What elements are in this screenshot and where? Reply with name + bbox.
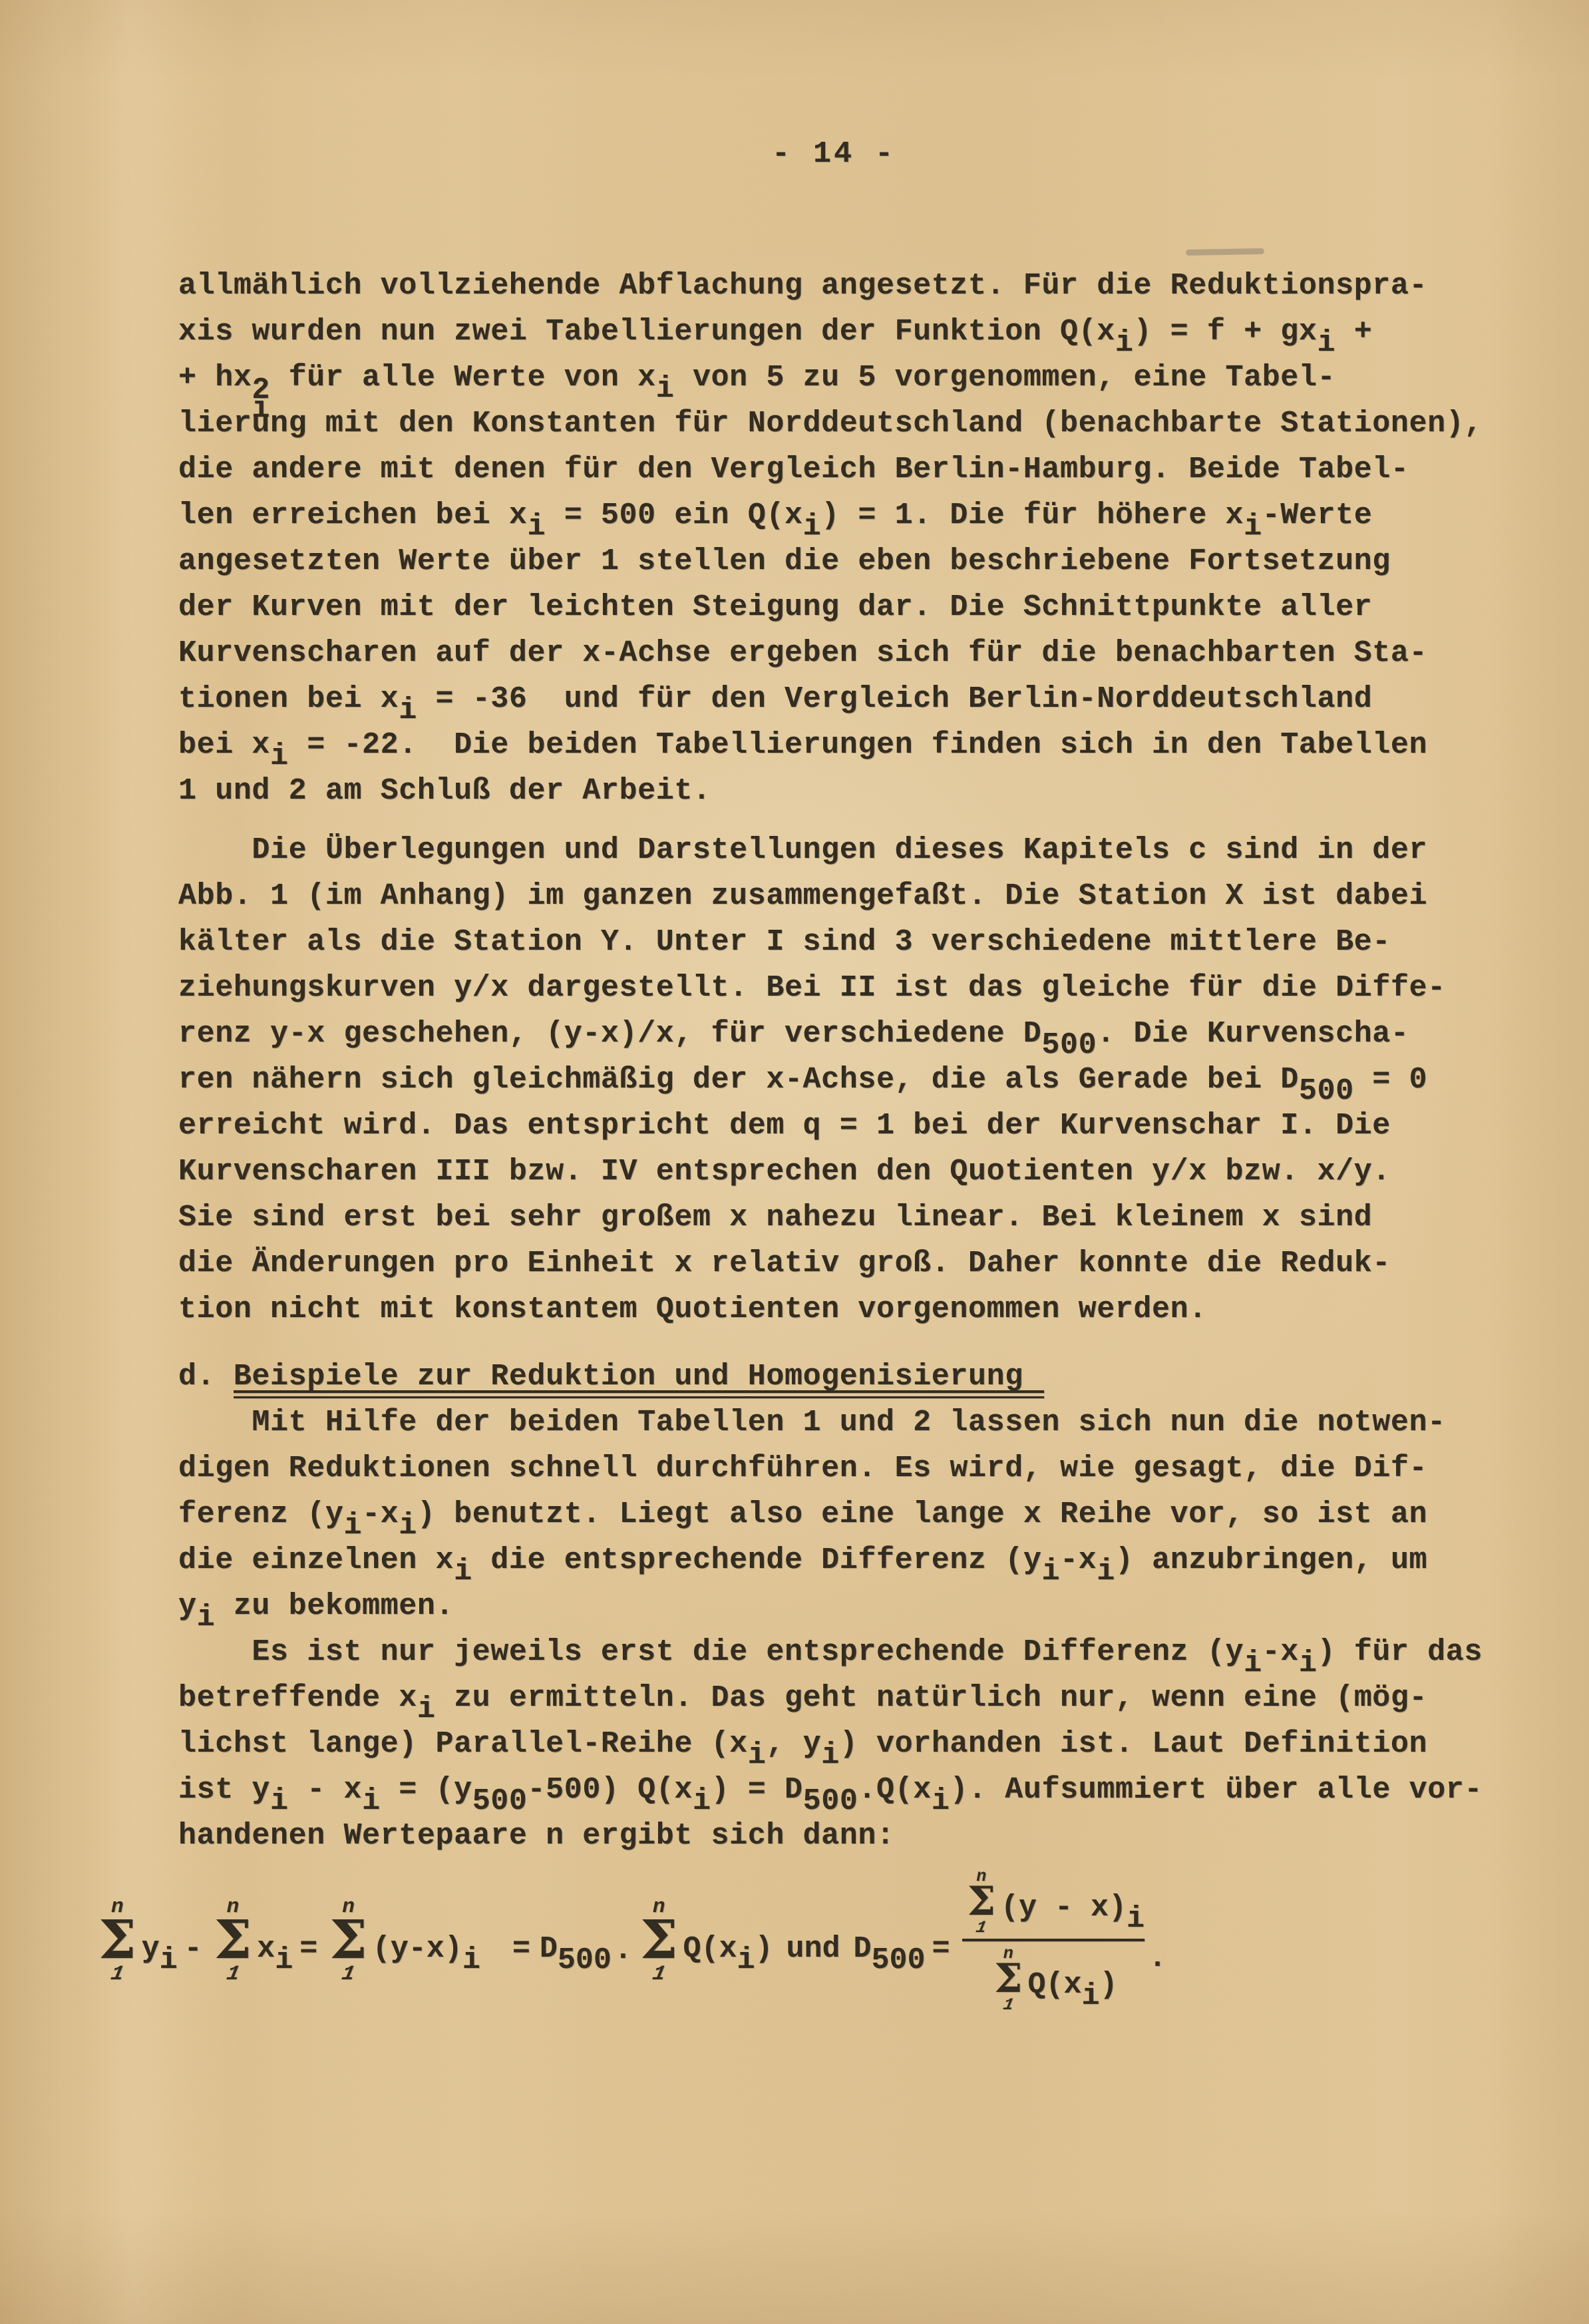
- text-line: die Änderungen pro Einheit x relativ gro…: [178, 1241, 1509, 1286]
- subscript: i: [417, 1692, 436, 1726]
- equals-sign: =: [299, 1932, 317, 1966]
- text-line: Sie sind erst bei sehr großem x nahezu l…: [178, 1195, 1509, 1241]
- subscript: i: [275, 1943, 293, 1977]
- text-line: erreicht wird. Das entspricht dem q = 1 …: [178, 1103, 1509, 1149]
- text-line: ist yi - xi = (y500-500) Q(xi) = D500.Q(…: [178, 1767, 1509, 1813]
- subscript: 500: [472, 1784, 528, 1818]
- subscript: i: [693, 1784, 711, 1818]
- minus-operator: -: [184, 1932, 202, 1966]
- multiplication-dot: .: [614, 1933, 632, 1967]
- fraction-denominator: nΣ1 Q(xi): [989, 1945, 1117, 2013]
- text-line: die andere mit denen für den Vergleich B…: [178, 447, 1509, 492]
- fraction-numerator: nΣ1 (y - x)i: [962, 1868, 1145, 1936]
- subscript: i: [1317, 326, 1335, 360]
- subscript: i: [270, 739, 289, 773]
- subscript: i: [803, 510, 822, 544]
- sum-symbol: nΣ1: [329, 1897, 367, 1985]
- formula: nΣ1 yi - nΣ1 xi = nΣ1 (y-x)i = D500 . nΣ…: [93, 1868, 1424, 2013]
- subscript: 500: [558, 1943, 612, 1977]
- paragraph: allmählich vollziehende Abflachung anges…: [178, 263, 1509, 814]
- subscript: i: [932, 1784, 950, 1818]
- text-line: lierung mit den Konstanten für Norddeuts…: [178, 401, 1509, 447]
- text-line: bei xi = -22. Die beiden Tabellierungen …: [178, 722, 1509, 768]
- text-line: Mit Hilfe der beiden Tabellen 1 und 2 la…: [178, 1400, 1509, 1446]
- subscript: 500: [1299, 1074, 1354, 1108]
- text-line: + hx2i für alle Werte von xi von 5 zu 5 …: [178, 355, 1509, 401]
- subscript: i: [1041, 1555, 1060, 1589]
- subscript: i: [160, 1943, 178, 1977]
- formula-term: yi: [142, 1932, 178, 1966]
- text-line: 1 und 2 am Schluß der Arbeit.: [178, 768, 1509, 814]
- formula-word-und: und: [787, 1932, 840, 1966]
- text-line: yi zu bekommen.: [178, 1583, 1509, 1629]
- subscript: i: [527, 510, 546, 544]
- formula-term: (y-x)i: [373, 1932, 480, 1966]
- formula-term: Q(xi): [683, 1932, 773, 1966]
- heading-text: Beispiele zur Reduktion und Homogenisier…: [234, 1360, 1023, 1394]
- text-line: angesetzten Werte über 1 stellen die ebe…: [178, 538, 1509, 584]
- formula-term: xi: [257, 1932, 293, 1966]
- subscript: i: [1244, 510, 1262, 544]
- text-line: ferenz (yi-xi) benutzt. Liegt also eine …: [178, 1491, 1509, 1537]
- subscript: i: [737, 1943, 755, 1977]
- text-line: kälter als die Station Y. Unter I sind 3…: [178, 919, 1509, 965]
- paragraph: Die Überlegungen und Darstellungen diese…: [178, 827, 1509, 1332]
- fraction: nΣ1 (y - x)i nΣ1 Q(xi): [962, 1868, 1145, 2013]
- sum-symbol: nΣ1: [98, 1897, 136, 1985]
- text-line: die einzelnen xi die entsprechende Diffe…: [178, 1537, 1509, 1583]
- subscript: i: [656, 372, 675, 406]
- subscript: i: [821, 1738, 840, 1772]
- subscript: i: [399, 693, 417, 727]
- text-line: allmählich vollziehende Abflachung anges…: [178, 263, 1509, 309]
- text-line: xis wurden nun zwei Tabellierungen der F…: [178, 309, 1509, 355]
- formula-term: (y - x)i: [1001, 1891, 1145, 1925]
- sum-symbol: nΣ1: [968, 1868, 995, 1936]
- text-line: der Kurven mit der leichten Steigung dar…: [178, 584, 1509, 630]
- subscript: i: [1299, 1646, 1318, 1680]
- text-line: lichst lange) Parallel-Reihe (xi, yi) vo…: [178, 1721, 1509, 1767]
- subscript: i: [343, 1509, 362, 1543]
- section-heading: d. Beispiele zur Reduktion und Homogenis…: [178, 1354, 1509, 1400]
- subscript: 500: [1041, 1028, 1097, 1062]
- subscript: i: [1127, 1902, 1145, 1936]
- page-number: - 14 -: [772, 137, 896, 171]
- subscript: i: [1115, 326, 1134, 360]
- subscript: i: [399, 1509, 417, 1543]
- paragraph: Es ist nur jeweils erst die entsprechend…: [178, 1629, 1509, 1859]
- text-line: Abb. 1 (im Anhang) im ganzen zusammengef…: [178, 873, 1509, 919]
- text-line: Kurvenscharen auf der x-Achse ergeben si…: [178, 630, 1509, 676]
- equals-sign: =: [512, 1932, 530, 1966]
- text-block: allmählich vollziehende Abflachung anges…: [178, 263, 1509, 2013]
- subscript: i: [748, 1738, 767, 1772]
- subscript: 500: [803, 1784, 858, 1818]
- heading-underline: [234, 1390, 1044, 1393]
- text-line: ren nähern sich gleichmäßig der x-Achse,…: [178, 1057, 1509, 1103]
- subscript: i: [197, 1601, 216, 1635]
- text-line: tionen bei xi = -36 und für den Vergleic…: [178, 676, 1509, 722]
- formula-term: D500: [540, 1932, 612, 1966]
- text-line: digen Reduktionen schnell durchführen. E…: [178, 1446, 1509, 1491]
- fraction-bar: [962, 1939, 1145, 1941]
- text-line: Die Überlegungen und Darstellungen diese…: [178, 827, 1509, 873]
- text-line: renz y-x geschehen, (y-x)/x, für verschi…: [178, 1011, 1509, 1057]
- heading-prefix: d.: [178, 1360, 234, 1394]
- text-line: ziehungskurven y/x dargestellt. Bei II i…: [178, 965, 1509, 1011]
- subscript: i: [1097, 1555, 1115, 1589]
- sum-symbol: nΣ1: [214, 1897, 252, 1985]
- equals-sign: =: [932, 1932, 950, 1966]
- text-line: handenen Wertepaare n ergibt sich dann:: [178, 1813, 1509, 1859]
- subscript: i: [1244, 1646, 1262, 1680]
- sum-symbol: nΣ1: [994, 1945, 1022, 2013]
- subscript: i: [270, 1784, 289, 1818]
- text-line: betreffende xi zu ermitteln. Das geht na…: [178, 1675, 1509, 1721]
- paragraph: Mit Hilfe der beiden Tabellen 1 und 2 la…: [178, 1400, 1509, 1629]
- subscript: i: [454, 1555, 472, 1589]
- heading-underline: [234, 1396, 1044, 1398]
- subscript: 500: [872, 1943, 926, 1977]
- text-line: Es ist nur jeweils erst die entsprechend…: [178, 1629, 1509, 1675]
- subscript: i: [462, 1943, 480, 1977]
- text-line: Kurvenscharen III bzw. IV entsprechen de…: [178, 1149, 1509, 1195]
- text-line: len erreichen bei xi = 500 ein Q(xi) = 1…: [178, 492, 1509, 538]
- formula-period: .: [1148, 1941, 1166, 1975]
- formula-term: Q(xi): [1027, 1968, 1117, 2002]
- text-line: tion nicht mit konstantem Quotienten vor…: [178, 1286, 1509, 1332]
- sum-symbol: nΣ1: [640, 1897, 678, 1985]
- subscript: i: [1082, 1979, 1100, 2013]
- page-content: - 14 - allmählich vollziehende Abflachun…: [0, 0, 1589, 2324]
- scanned-document: { "page": { "number_label": "- 14 -", "p…: [0, 0, 1589, 2324]
- formula-term: D500: [854, 1932, 926, 1966]
- subscript: i: [362, 1784, 381, 1818]
